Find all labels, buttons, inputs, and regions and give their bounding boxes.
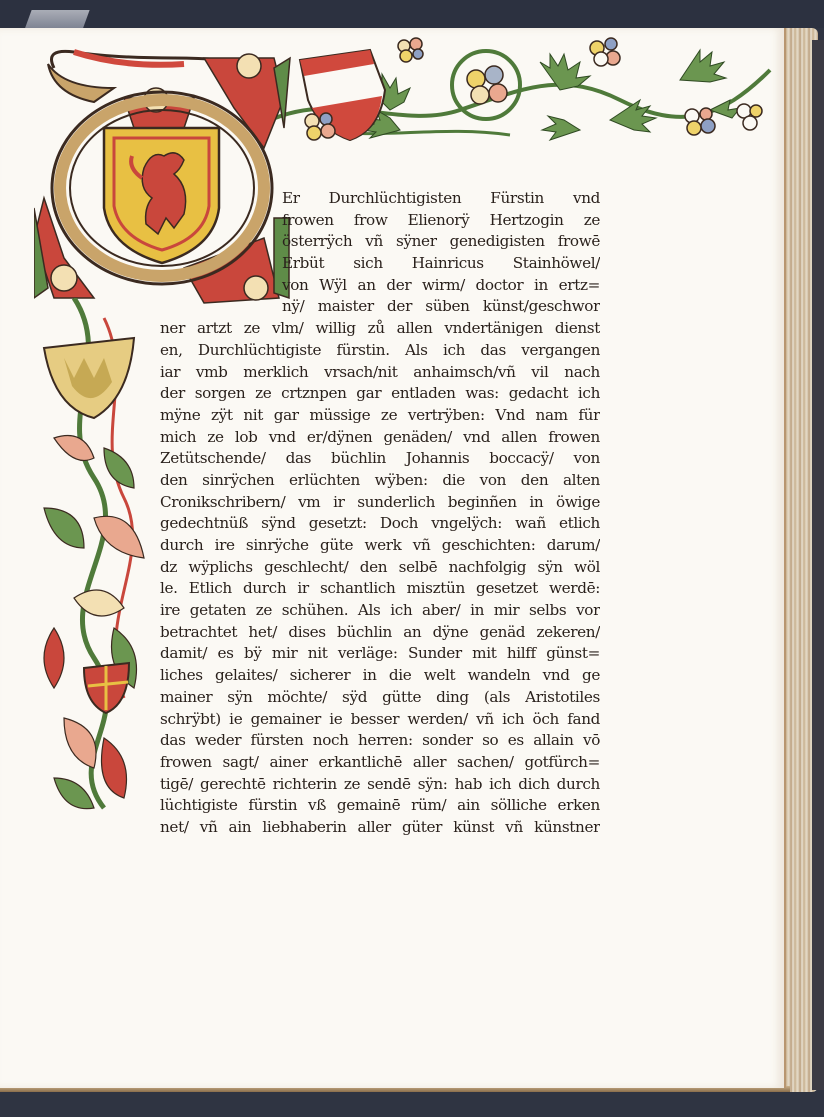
- text-line-2: frowen frow Elienorÿ Hertzogin ze: [160, 210, 600, 232]
- bookmark-ribbon: [24, 10, 89, 30]
- text-line-5: von Wÿl an der wirm/ doctor in ertz=: [160, 275, 600, 297]
- text-line-26: das weder fürsten noch herren: sonder so…: [160, 730, 600, 752]
- text-line-10: der sorgen ze crtznpen gar entladen was:…: [160, 383, 600, 405]
- text-line-27: frowen sagt/ ainer erkantlichē aller sac…: [160, 752, 600, 774]
- eagle-shield-icon: [44, 338, 134, 418]
- text-line-24: mainer sÿn möchte/ sÿd gütte ding (als A…: [160, 687, 600, 709]
- text-line-16: gedechtnüß sÿnd gesetzt: Doch vngelÿch: …: [160, 513, 600, 535]
- text-line-19: le. Etlich durch ir schantlich misztün g…: [160, 578, 600, 600]
- cross-shield-icon: [84, 663, 129, 713]
- text-line-21: betrachtet het/ dises büchlin an dÿne ge…: [160, 622, 600, 644]
- text-line-12: mich ze lob vnd er/dÿnen genäden/ vnd al…: [160, 427, 600, 449]
- text-line-29: lüchtigiste fürstin vß gemainē rüm/ ain …: [160, 795, 600, 817]
- text-line-25: schrÿbt) ie gemainer ie besser werden/ v…: [160, 709, 600, 731]
- text-line-17: durch ire sinrÿche güte werk vñ geschich…: [160, 535, 600, 557]
- text-line-20: ire getaten ze schühen. Als ich aber/ in…: [160, 600, 600, 622]
- text-line-22: damit/ es bÿ mir nit verläge: Sunder mit…: [160, 643, 600, 665]
- text-line-13: Zetütschende/ das büchlin Johannis bocca…: [160, 448, 600, 470]
- text-line-4: Erbüt sich Hainricus Stainhöwel/: [160, 253, 600, 275]
- book-page: Er Durchlüchtigisten Fürstin vnd frowen …: [0, 28, 786, 1088]
- text-line-30: net/ vñ ain liebhaberin aller güter küns…: [160, 817, 600, 839]
- text-line-14: den sinrÿchen erlüchten wÿben: die von d…: [160, 470, 600, 492]
- text-line-1: Er Durchlüchtigisten Fürstin vnd: [160, 188, 600, 210]
- text-line-18: dz wÿplichs geschlecht/ den selbē nachfo…: [160, 557, 600, 579]
- text-line-28: tigē/ gerechtē richterin ze sendē sÿn: h…: [160, 774, 600, 796]
- text-line-9: iar vmb merklich vrsach/nit anhaimsch/vñ…: [160, 362, 600, 384]
- body-text: Er Durchlüchtigisten Fürstin vnd frowen …: [160, 188, 600, 839]
- text-line-7: ner artzt ze vlm/ willig zů allen vndert…: [160, 318, 600, 340]
- book-cover-edge: [812, 40, 824, 1090]
- text-line-15: Cronikschribern/ vm ir sunderlich beginñ…: [160, 492, 600, 514]
- text-line-11: mÿne zÿt nit gar müssige ze vertrÿben: V…: [160, 405, 600, 427]
- left-border-ornament-icon: [34, 298, 154, 818]
- text-line-3: österrÿch vñ sÿner genedigisten frowē: [160, 231, 600, 253]
- text-line-6: nÿ/ maister der süben künst/geschwor: [160, 296, 600, 318]
- text-line-8: en, Durchlüchtigiste fürstin. Als ich da…: [160, 340, 600, 362]
- background-top: [0, 0, 824, 28]
- top-border-ornament-icon: [260, 30, 780, 160]
- text-line-23: liches gelaites/ sicherer in die welt wa…: [160, 665, 600, 687]
